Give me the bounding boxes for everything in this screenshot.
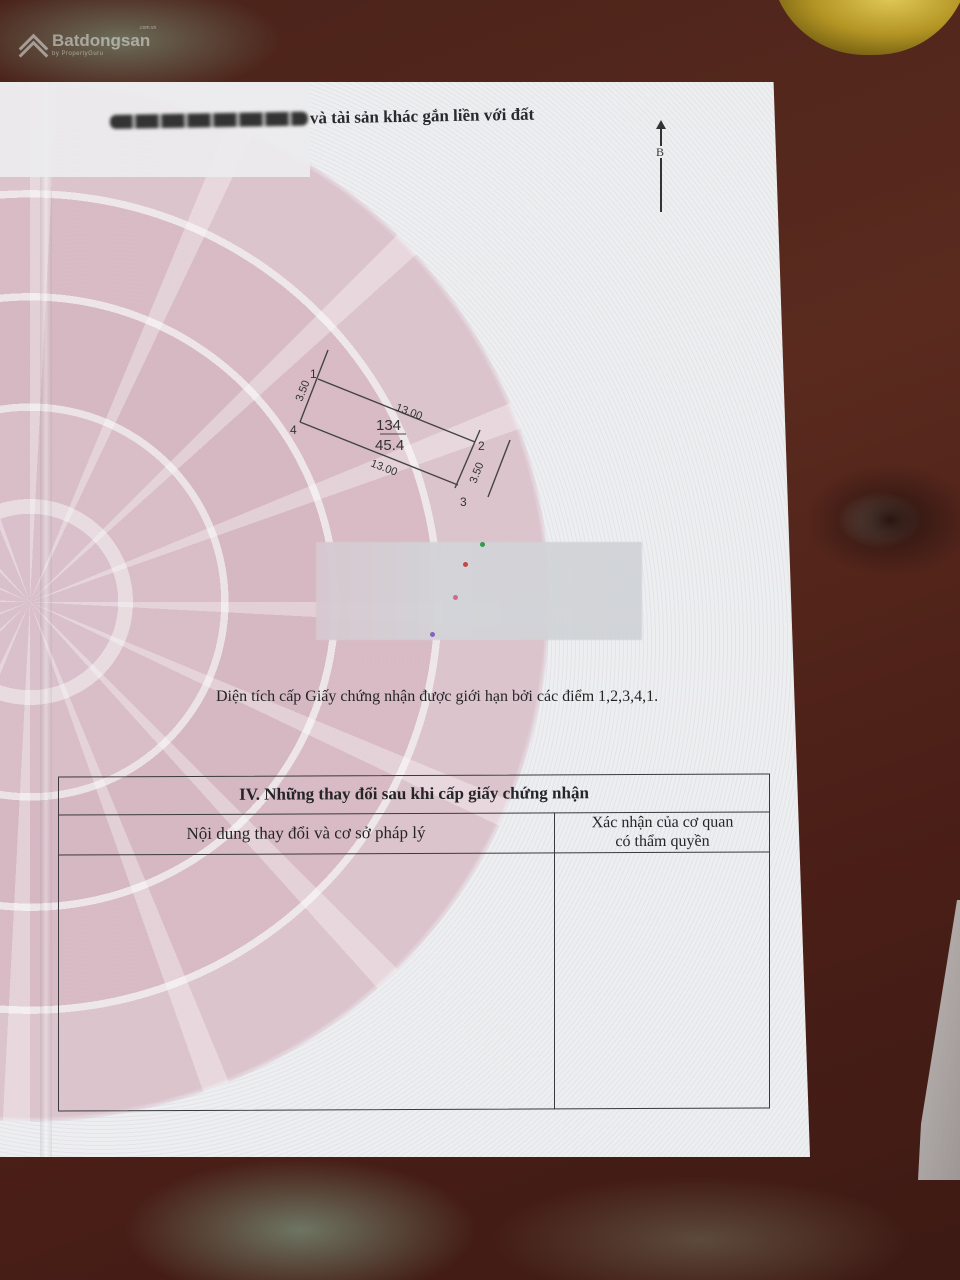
plastic-sleeve (915, 900, 960, 1180)
right-edge-length: 3.50 (468, 461, 487, 485)
column-divider (554, 812, 555, 1109)
watermark-brand: Batdongsan (52, 32, 150, 49)
left-edge-length: 3.50 (294, 379, 313, 403)
changes-table: IV. Những thay đổi sau khi cấp giấy chứn… (58, 773, 770, 1111)
section-heading-text: và tài sản khác gắn liền với đất (310, 105, 535, 129)
redacted-area-middle (316, 542, 642, 640)
parcel-sketch: 1 2 3 4 13.00 13.00 3.50 3.50 134 45.4 (280, 350, 520, 510)
parcel-diagram: 1 2 3 4 13.00 13.00 3.50 3.50 134 45.4 (280, 350, 520, 510)
bottom-edge-length: 13.00 (369, 458, 399, 479)
certificate-page: và tài sản khác gắn liền với đất B 1 2 3… (0, 82, 810, 1157)
changes-table-header: Nội dung thay đổi và cơ sở pháp lý Xác n… (58, 811, 770, 855)
point-2-label: 2 (478, 439, 485, 453)
point-4-label: 4 (290, 423, 297, 437)
column-header-content: Nội dung thay đổi và cơ sở pháp lý (58, 812, 554, 854)
batdongsan-watermark: .com.vn Batdongsan by PropertyGuru (20, 32, 150, 57)
watermark-subtitle: by PropertyGuru (52, 51, 150, 57)
column-header-confirmation: Xác nhận của cơ quan có thẩm quyền (555, 809, 770, 854)
parcel-number: 134 (376, 417, 401, 434)
boundary-statement: Diện tích cấp Giấy chứng nhận được giới … (216, 688, 658, 706)
parcel-area: 45.4 (375, 437, 404, 454)
glass-jar (770, 0, 960, 55)
batdongsan-logo-icon (20, 34, 46, 56)
north-arrow: B (654, 120, 668, 212)
north-label: B (656, 146, 664, 158)
page-fold (40, 82, 52, 1157)
point-3-label: 3 (460, 495, 467, 509)
point-1-label: 1 (310, 367, 317, 381)
redacted-heading-text (110, 112, 308, 129)
